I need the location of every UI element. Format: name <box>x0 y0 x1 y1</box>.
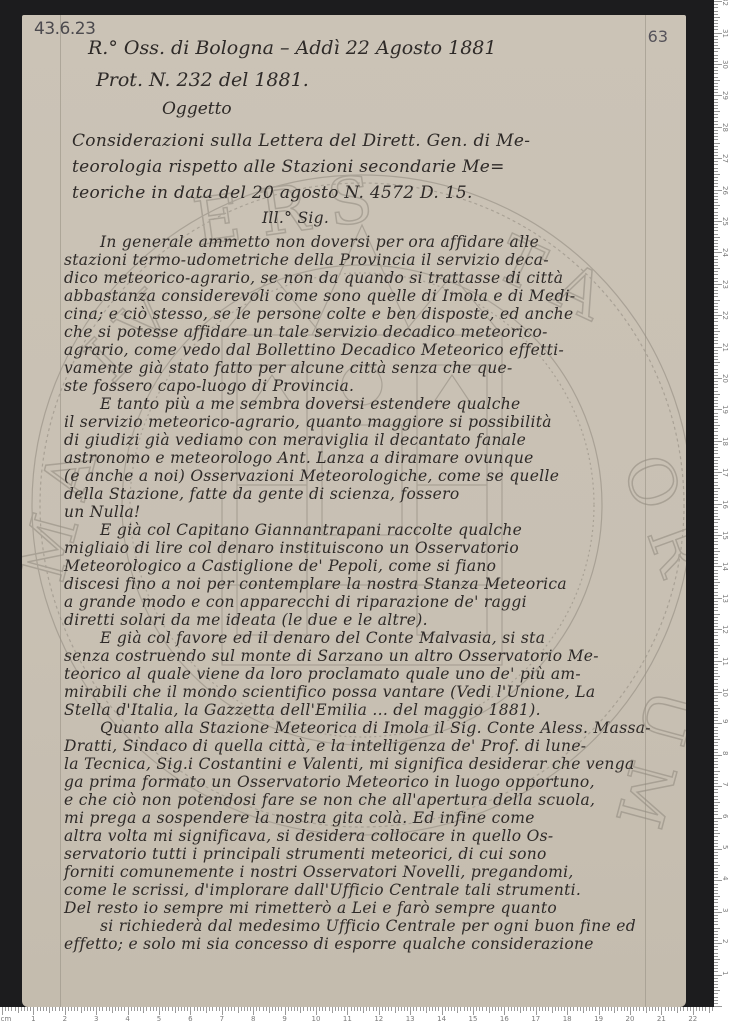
ruler-tick <box>416 1007 417 1011</box>
ruler-tick <box>714 667 718 668</box>
ruler-tick <box>714 168 718 169</box>
ruler-tick <box>714 808 718 809</box>
ruler-tick <box>153 1007 154 1011</box>
ruler-tick <box>504 1007 505 1015</box>
ruler-tick <box>714 962 718 963</box>
ruler-tick <box>714 450 718 451</box>
letter-line: come le scrissi, d'implorare dall'Uffici… <box>64 881 581 899</box>
ruler-tick <box>558 1007 559 1011</box>
ruler-tick <box>714 208 718 209</box>
ruler-tick <box>288 1007 289 1011</box>
ruler-tick <box>714 538 718 539</box>
ruler-tick <box>435 1007 436 1011</box>
ruler-tick <box>714 796 718 797</box>
ruler-tick <box>714 579 718 580</box>
ruler-tick <box>714 114 718 115</box>
ruler-tick <box>714 447 718 448</box>
ruler-tick <box>714 990 720 991</box>
ruler-tick <box>112 1007 113 1013</box>
ruler-tick <box>714 516 718 517</box>
ruler-tick <box>714 303 718 304</box>
ruler-tick <box>617 1007 618 1011</box>
ruler-tick <box>714 981 718 982</box>
ruler-tick <box>259 1007 260 1011</box>
letter-line: Quanto alla Stazione Meteorica di Imola … <box>100 719 651 737</box>
ruler-tick <box>714 679 718 680</box>
ruler-tick <box>115 1007 116 1011</box>
ruler-tick <box>714 639 718 640</box>
ruler-tick <box>43 1007 44 1011</box>
letter-line: Stella d'Italia, la Gazzetta dell'Emilia… <box>64 701 541 719</box>
ruler-tick <box>573 1007 574 1011</box>
ruler-tick <box>275 1007 276 1011</box>
ruler-tick <box>395 1007 396 1013</box>
ruler-tick <box>8 1007 9 1011</box>
ruler-tick <box>714 736 718 737</box>
ruler-tick <box>714 193 718 194</box>
ruler-label: 23 <box>721 280 729 289</box>
ruler-tick <box>714 406 718 407</box>
ruler-tick <box>143 1007 144 1013</box>
ruler-tick <box>533 1007 534 1011</box>
ruler-tick <box>714 312 718 313</box>
ruler-tick <box>714 642 718 643</box>
ruler-tick <box>614 1007 615 1013</box>
ruler-tick <box>714 11 718 12</box>
ruler-tick <box>714 246 718 247</box>
ruler-tick <box>699 1007 700 1011</box>
ruler-tick <box>714 92 718 93</box>
ruler-tick <box>567 1007 568 1015</box>
ruler-tick <box>714 723 722 724</box>
ruler-tick <box>714 466 718 467</box>
ruler-tick <box>548 1007 549 1011</box>
ruler-label: 16 <box>500 1015 509 1023</box>
ruler-tick <box>714 896 720 897</box>
letter-line: cina; e ciò stesso, se le persone colte … <box>64 305 573 323</box>
ruler-tick <box>714 375 718 376</box>
ruler-label: 7 <box>721 782 729 786</box>
ruler-tick <box>555 1007 556 1011</box>
ruler-tick <box>263 1007 264 1011</box>
ruler-tick <box>479 1007 480 1011</box>
ruler-tick <box>714 557 718 558</box>
ruler-label: 4 <box>125 1015 129 1023</box>
letter-line: che si potesse affidare un tale servizio… <box>64 323 548 341</box>
ruler-tick <box>714 180 718 181</box>
ruler-tick <box>68 1007 69 1011</box>
ruler-tick <box>714 431 718 432</box>
ruler-tick <box>206 1007 207 1013</box>
letter-line: Meteorologico a Castiglione de' Pepoli, … <box>64 557 496 575</box>
ruler-tick <box>62 1007 63 1011</box>
ruler-label: 12 <box>374 1015 383 1023</box>
ruler-tick <box>639 1007 640 1011</box>
ruler-tick <box>714 55 718 56</box>
ruler-tick <box>714 48 720 49</box>
ruler-tick <box>231 1007 232 1011</box>
ruler-tick <box>272 1007 273 1011</box>
ruler-tick <box>49 1007 50 1013</box>
ruler-tick <box>714 601 718 602</box>
ruler-label: 1 <box>721 971 729 975</box>
ruler-tick <box>714 906 718 907</box>
ruler-label: 7 <box>220 1015 224 1023</box>
ruler-tick <box>470 1007 471 1011</box>
ruler-tick <box>643 1007 644 1011</box>
letter-line: un Nulla! <box>64 503 141 521</box>
ruler-tick <box>357 1007 358 1011</box>
ruler-tick <box>714 670 718 671</box>
ruler-tick <box>168 1007 169 1011</box>
ruler-label: 13 <box>406 1015 415 1023</box>
ruler-tick <box>297 1007 298 1011</box>
ruler-tick <box>714 215 718 216</box>
letter-line: senza costruendo sul monte di Sarzano un… <box>64 647 599 665</box>
ruler-tick <box>338 1007 339 1011</box>
ruler-tick <box>714 325 718 326</box>
ruler-tick <box>693 1007 694 1015</box>
ruler-tick <box>714 391 718 392</box>
ruler-tick <box>523 1007 524 1011</box>
ruler-tick <box>442 1007 443 1015</box>
ruler-tick <box>714 321 718 322</box>
ruler-tick <box>140 1007 141 1011</box>
ruler-tick <box>102 1007 103 1011</box>
ruler-tick <box>649 1007 650 1011</box>
ruler-tick <box>652 1007 653 1011</box>
ruler-tick <box>388 1007 389 1011</box>
ruler-tick <box>714 469 718 470</box>
ruler-tick <box>714 858 718 859</box>
ruler-tick <box>714 824 718 825</box>
ruler-tick <box>714 937 718 938</box>
letter-line: teorico al quale viene da loro proclamat… <box>64 665 581 683</box>
ruler-tick <box>714 852 718 853</box>
ruler-tick <box>714 331 720 332</box>
letter-line: mi prega a sospendere la nostra gita col… <box>64 809 535 827</box>
ruler-tick <box>363 1007 364 1013</box>
ruler-tick <box>714 146 718 147</box>
ruler-tick <box>187 1007 188 1011</box>
ruler-tick <box>71 1007 72 1011</box>
ruler-tick <box>583 1007 584 1013</box>
ruler-label: 19 <box>594 1015 603 1023</box>
ruler-tick <box>714 771 720 772</box>
ruler-tick <box>714 654 718 655</box>
ruler-tick <box>2 1007 3 1015</box>
ruler-tick <box>714 582 720 583</box>
ruler-label: 21 <box>721 343 729 352</box>
ruler-tick <box>714 683 718 684</box>
ruler-label: 20 <box>721 374 729 383</box>
letter-line: E già col Capitano Giannantrapani raccol… <box>100 521 522 539</box>
ruler-tick <box>714 551 720 552</box>
ruler-tick <box>714 45 718 46</box>
letter-line: ga prima formato un Osservatorio Meteori… <box>64 773 595 791</box>
ruler-tick <box>313 1007 314 1011</box>
ruler-tick <box>714 491 718 492</box>
ruler-tick <box>197 1007 198 1011</box>
header-subject-label: Oggetto <box>162 99 232 119</box>
ruler-tick <box>714 300 720 301</box>
ruler-tick <box>714 610 718 611</box>
ruler-tick <box>714 77 718 78</box>
ruler-tick <box>714 676 720 677</box>
ruler-tick <box>714 337 718 338</box>
ruler-tick <box>714 39 718 40</box>
ruler-tick <box>714 648 718 649</box>
ruler-tick <box>714 205 720 206</box>
ruler-tick <box>714 588 718 589</box>
ruler-tick <box>714 105 718 106</box>
letter-line: e che ciò non potendosi fare se non che … <box>64 791 595 809</box>
ruler-tick <box>577 1007 578 1011</box>
letter-line: discesi fino a noi per contemplare la no… <box>64 575 567 593</box>
ruler-tick <box>303 1007 304 1011</box>
ruler-tick <box>714 519 720 520</box>
ruler-tick <box>714 73 718 74</box>
ruler-tick <box>680 1007 681 1011</box>
ruler-tick <box>335 1007 336 1011</box>
ruler-tick <box>714 880 722 881</box>
ruler-tick <box>714 463 718 464</box>
ruler-tick <box>714 99 718 100</box>
ruler-tick <box>714 457 720 458</box>
ruler-tick <box>714 281 718 282</box>
ruler-tick <box>714 576 718 577</box>
ruler-tick <box>373 1007 374 1011</box>
ruler-label: 2 <box>721 939 729 943</box>
ruler-tick <box>714 592 718 593</box>
ruler-tick <box>714 698 718 699</box>
letter-line: a grande modo e con apparecchi di ripara… <box>64 593 527 611</box>
ruler-tick <box>65 1007 66 1015</box>
ruler-label: 13 <box>721 594 729 603</box>
ruler-label: 20 <box>626 1015 635 1023</box>
ruler-tick <box>671 1007 672 1011</box>
ruler-label: 11 <box>721 657 729 666</box>
ruler-tick <box>448 1007 449 1011</box>
ruler-tick <box>325 1007 326 1011</box>
ruler-tick <box>714 133 718 134</box>
ruler-tick <box>464 1007 465 1011</box>
subject-line: Considerazioni sulla Lettera del Dirett.… <box>72 131 530 151</box>
ruler-tick <box>705 1007 706 1011</box>
ruler-tick <box>608 1007 609 1011</box>
ruler-tick <box>683 1007 684 1011</box>
ruler-tick <box>181 1007 182 1011</box>
ruler-tick <box>30 1007 31 1011</box>
letter-line: In generale ammetto non doversi per ora … <box>100 233 539 251</box>
ruler-label: 17 <box>721 468 729 477</box>
ruler-tick <box>74 1007 75 1011</box>
ruler-tick <box>714 623 718 624</box>
ruler-tick <box>714 915 718 916</box>
letter-line: Del resto io sempre mi rimetterò a Lei e… <box>64 899 557 917</box>
ruler-tick <box>714 1000 718 1001</box>
ruler-tick <box>366 1007 367 1011</box>
ruler-tick <box>159 1007 160 1015</box>
ruler-tick <box>714 513 718 514</box>
ruler-tick <box>137 1007 138 1011</box>
ruler-tick <box>714 86 718 87</box>
ruler-tick <box>714 196 718 197</box>
ruler-tick <box>714 890 718 891</box>
ruler-tick <box>438 1007 439 1011</box>
ruler-tick <box>714 761 718 762</box>
ruler-tick <box>55 1007 56 1011</box>
right-margin-line <box>645 15 646 1007</box>
letter-line: E già col favore ed il denaro del Conte … <box>100 629 545 647</box>
ruler-tick <box>99 1007 100 1011</box>
ruler-tick <box>162 1007 163 1011</box>
ruler-tick <box>714 234 718 235</box>
ruler-tick <box>542 1007 543 1011</box>
ruler-tick <box>96 1007 97 1015</box>
ruler-tick <box>714 139 718 140</box>
ruler-tick <box>714 212 718 213</box>
ruler-tick <box>15 1007 16 1011</box>
ruler-label: 22 <box>721 311 729 320</box>
ruler-tick <box>655 1007 656 1011</box>
ruler-tick <box>714 318 718 319</box>
ruler-tick <box>714 532 718 533</box>
ruler-tick <box>714 67 718 68</box>
ruler-tick <box>714 460 718 461</box>
ruler-tick <box>714 149 718 150</box>
ruler-tick <box>379 1007 380 1015</box>
ruler-tick <box>146 1007 147 1011</box>
ruler-tick <box>714 978 718 979</box>
ruler-tick <box>84 1007 85 1011</box>
ruler-tick <box>351 1007 352 1011</box>
ruler-tick <box>714 956 718 957</box>
ruler-tick <box>714 340 718 341</box>
ruler-tick <box>714 971 718 972</box>
svg-text:O R: O R <box>607 445 686 586</box>
ruler-tick <box>714 507 718 508</box>
ruler-tick <box>646 1007 647 1013</box>
ruler-label: 22 <box>688 1015 697 1023</box>
ruler-tick <box>714 821 718 822</box>
ruler-tick <box>714 827 718 828</box>
ruler-tick <box>714 802 720 803</box>
letter-line: la Tecnica, Sig.i Costantini e Valenti, … <box>64 755 634 773</box>
ruler-tick <box>714 384 718 385</box>
ruler-tick <box>382 1007 383 1011</box>
ruler-tick <box>714 23 718 24</box>
ruler-tick <box>228 1007 229 1011</box>
ruler-tick <box>454 1007 455 1011</box>
ruler-tick <box>714 573 718 574</box>
ruler-tick <box>714 987 718 988</box>
ruler-tick <box>451 1007 452 1011</box>
ruler-tick <box>714 353 718 354</box>
ruler-tick <box>611 1007 612 1011</box>
letter-line: astronomo e meteorologo Ant. Lanza a dir… <box>64 449 534 467</box>
ruler-tick <box>714 268 720 269</box>
ruler-tick <box>714 416 718 417</box>
ruler-tick <box>714 419 718 420</box>
ruler-tick <box>714 780 718 781</box>
ruler-tick <box>714 871 718 872</box>
ruler-tick <box>391 1007 392 1011</box>
ruler-tick <box>714 711 718 712</box>
ruler-tick <box>714 453 718 454</box>
ruler-label: 30 <box>721 60 729 69</box>
ruler-tick <box>714 42 718 43</box>
ruler-tick <box>714 296 718 297</box>
ruler-tick <box>599 1007 600 1015</box>
ruler-tick <box>712 1007 713 1011</box>
ruler-tick <box>24 1007 25 1011</box>
ruler-tick <box>426 1007 427 1013</box>
ruler-tick <box>714 865 720 866</box>
ruler-tick <box>714 488 720 489</box>
ruler-tick <box>234 1007 235 1011</box>
ruler-tick <box>552 1007 553 1013</box>
ruler-tick <box>714 899 718 900</box>
ruler-tick <box>714 36 718 37</box>
ruler-tick <box>714 171 718 172</box>
ruler-unit-label: cm <box>1 1015 12 1023</box>
letter-line: vamente già stato fatto per alcune città… <box>64 359 513 377</box>
ruler-tick <box>714 306 718 307</box>
ruler-tick <box>714 265 718 266</box>
ruler-tick <box>714 309 718 310</box>
ruler-tick <box>344 1007 345 1011</box>
ruler-tick <box>714 243 718 244</box>
ruler-tick <box>714 359 718 360</box>
ruler-tick <box>5 1007 6 1011</box>
letter-line: dico meteorico-agrario, se non da quando… <box>64 269 563 287</box>
ruler-tick <box>714 397 718 398</box>
ruler-tick <box>714 949 718 950</box>
ruler-label: 9 <box>282 1015 286 1023</box>
ruler-tick <box>460 1007 461 1011</box>
ruler-label: 14 <box>721 562 729 571</box>
ruler-tick <box>605 1007 606 1011</box>
ruler-tick <box>190 1007 191 1015</box>
ruler-tick <box>714 240 718 241</box>
ruler-tick <box>595 1007 596 1011</box>
ruler-tick <box>714 202 718 203</box>
ruler-tick <box>714 984 718 985</box>
ruler-label: 31 <box>721 29 729 38</box>
ruler-tick <box>310 1007 311 1011</box>
letter-line: abbastanza considerevoli come sono quell… <box>64 287 575 305</box>
ruler-tick <box>714 626 718 627</box>
right-cm-ruler: 3231302928272625242322212019181716151413… <box>714 0 730 1024</box>
ruler-tick <box>714 997 718 998</box>
ruler-tick <box>316 1007 317 1015</box>
ruler-tick <box>714 494 718 495</box>
ruler-tick <box>420 1007 421 1011</box>
ruler-tick <box>178 1007 179 1011</box>
letter-line: mirabili che il mondo scientifico possa … <box>64 683 595 701</box>
letter-line: Dratti, Sindaco di quella città, e la in… <box>64 737 586 755</box>
ruler-tick <box>385 1007 386 1011</box>
archive-reference: 43.6.23 <box>34 19 95 39</box>
ruler-label: 4 <box>721 876 729 880</box>
ruler-label: 10 <box>721 688 729 697</box>
ruler-tick <box>539 1007 540 1011</box>
ruler-tick <box>109 1007 110 1011</box>
letter-line: ste fossero capo-luogo di Provincia. <box>64 377 354 395</box>
ruler-tick <box>714 965 718 966</box>
ruler-tick <box>714 739 720 740</box>
